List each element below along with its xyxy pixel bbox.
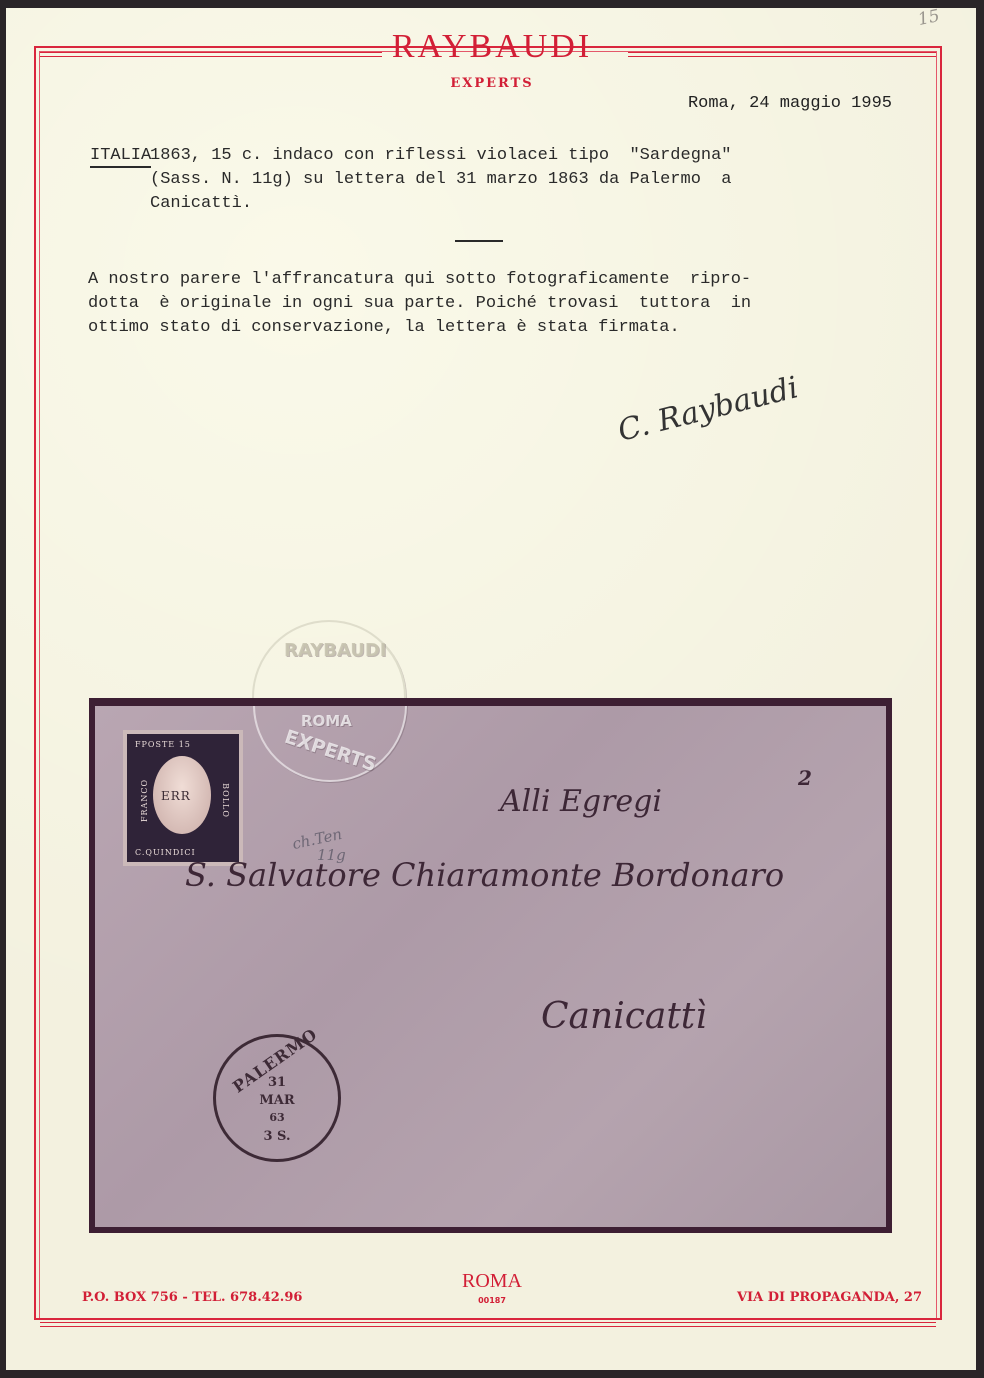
opinion-line: ottimo stato di conservazione, la letter… — [88, 316, 751, 340]
address-line: Canicattì — [541, 996, 707, 1037]
footer-rule — [40, 1322, 936, 1327]
country-label: ITALIA — [90, 146, 151, 168]
address-line: S. Salvatore Chiaramonte Bordonaro — [185, 856, 784, 894]
section-divider — [455, 240, 503, 242]
stamp-left-text: FRANCO — [140, 779, 149, 822]
emboss-brand: RAYBAUDI — [284, 640, 386, 661]
brand-title: RAYBAUDI — [0, 28, 984, 66]
brand-subtitle: EXPERTS — [0, 76, 984, 91]
corner-rate-mark: 2 — [798, 766, 812, 790]
expert-opinion: A nostro parere l'affrancatura qui sotto… — [88, 268, 751, 340]
letter-photo: FPOSTE 15 C.QUINDICI FRANCO BOLLO ERR RO… — [89, 698, 892, 1233]
emboss-city: ROMA — [301, 712, 352, 730]
stamp-cancel: ERR — [161, 789, 191, 803]
postage-stamp: FPOSTE 15 C.QUINDICI FRANCO BOLLO ERR — [127, 734, 239, 862]
footer-address: VIA DI PROPAGANDA, 27 — [737, 1290, 922, 1305]
stamp-right-text: BOLLO — [221, 783, 230, 818]
postmark-year: 63 — [216, 1111, 338, 1124]
postmark-time: 3 S. — [216, 1129, 338, 1144]
stamp-description: 1863, 15 c. indaco con riflessi violacei… — [150, 144, 732, 216]
description-line: 1863, 15 c. indaco con riflessi violacei… — [150, 144, 732, 168]
emboss-experts: EXPERTS — [282, 726, 379, 776]
address-line: Alli Egregi — [500, 784, 662, 819]
palermo-postmark: PALERMO 31 MAR 63 3 S. — [213, 1034, 341, 1162]
stamp-top-text: FPOSTE 15 — [135, 740, 191, 749]
description-line: Canicattì. — [150, 192, 732, 216]
opinion-line: A nostro parere l'affrancatura qui sotto… — [88, 268, 751, 292]
description-line: (Sass. N. 11g) su lettera del 31 marzo 1… — [150, 168, 732, 192]
postmark-day: 31 — [216, 1075, 338, 1090]
postmark-month: MAR — [216, 1093, 338, 1108]
place-date: Roma, 24 maggio 1995 — [688, 94, 892, 113]
opinion-line: dotta è originale in ogni sua parte. Poi… — [88, 292, 751, 316]
